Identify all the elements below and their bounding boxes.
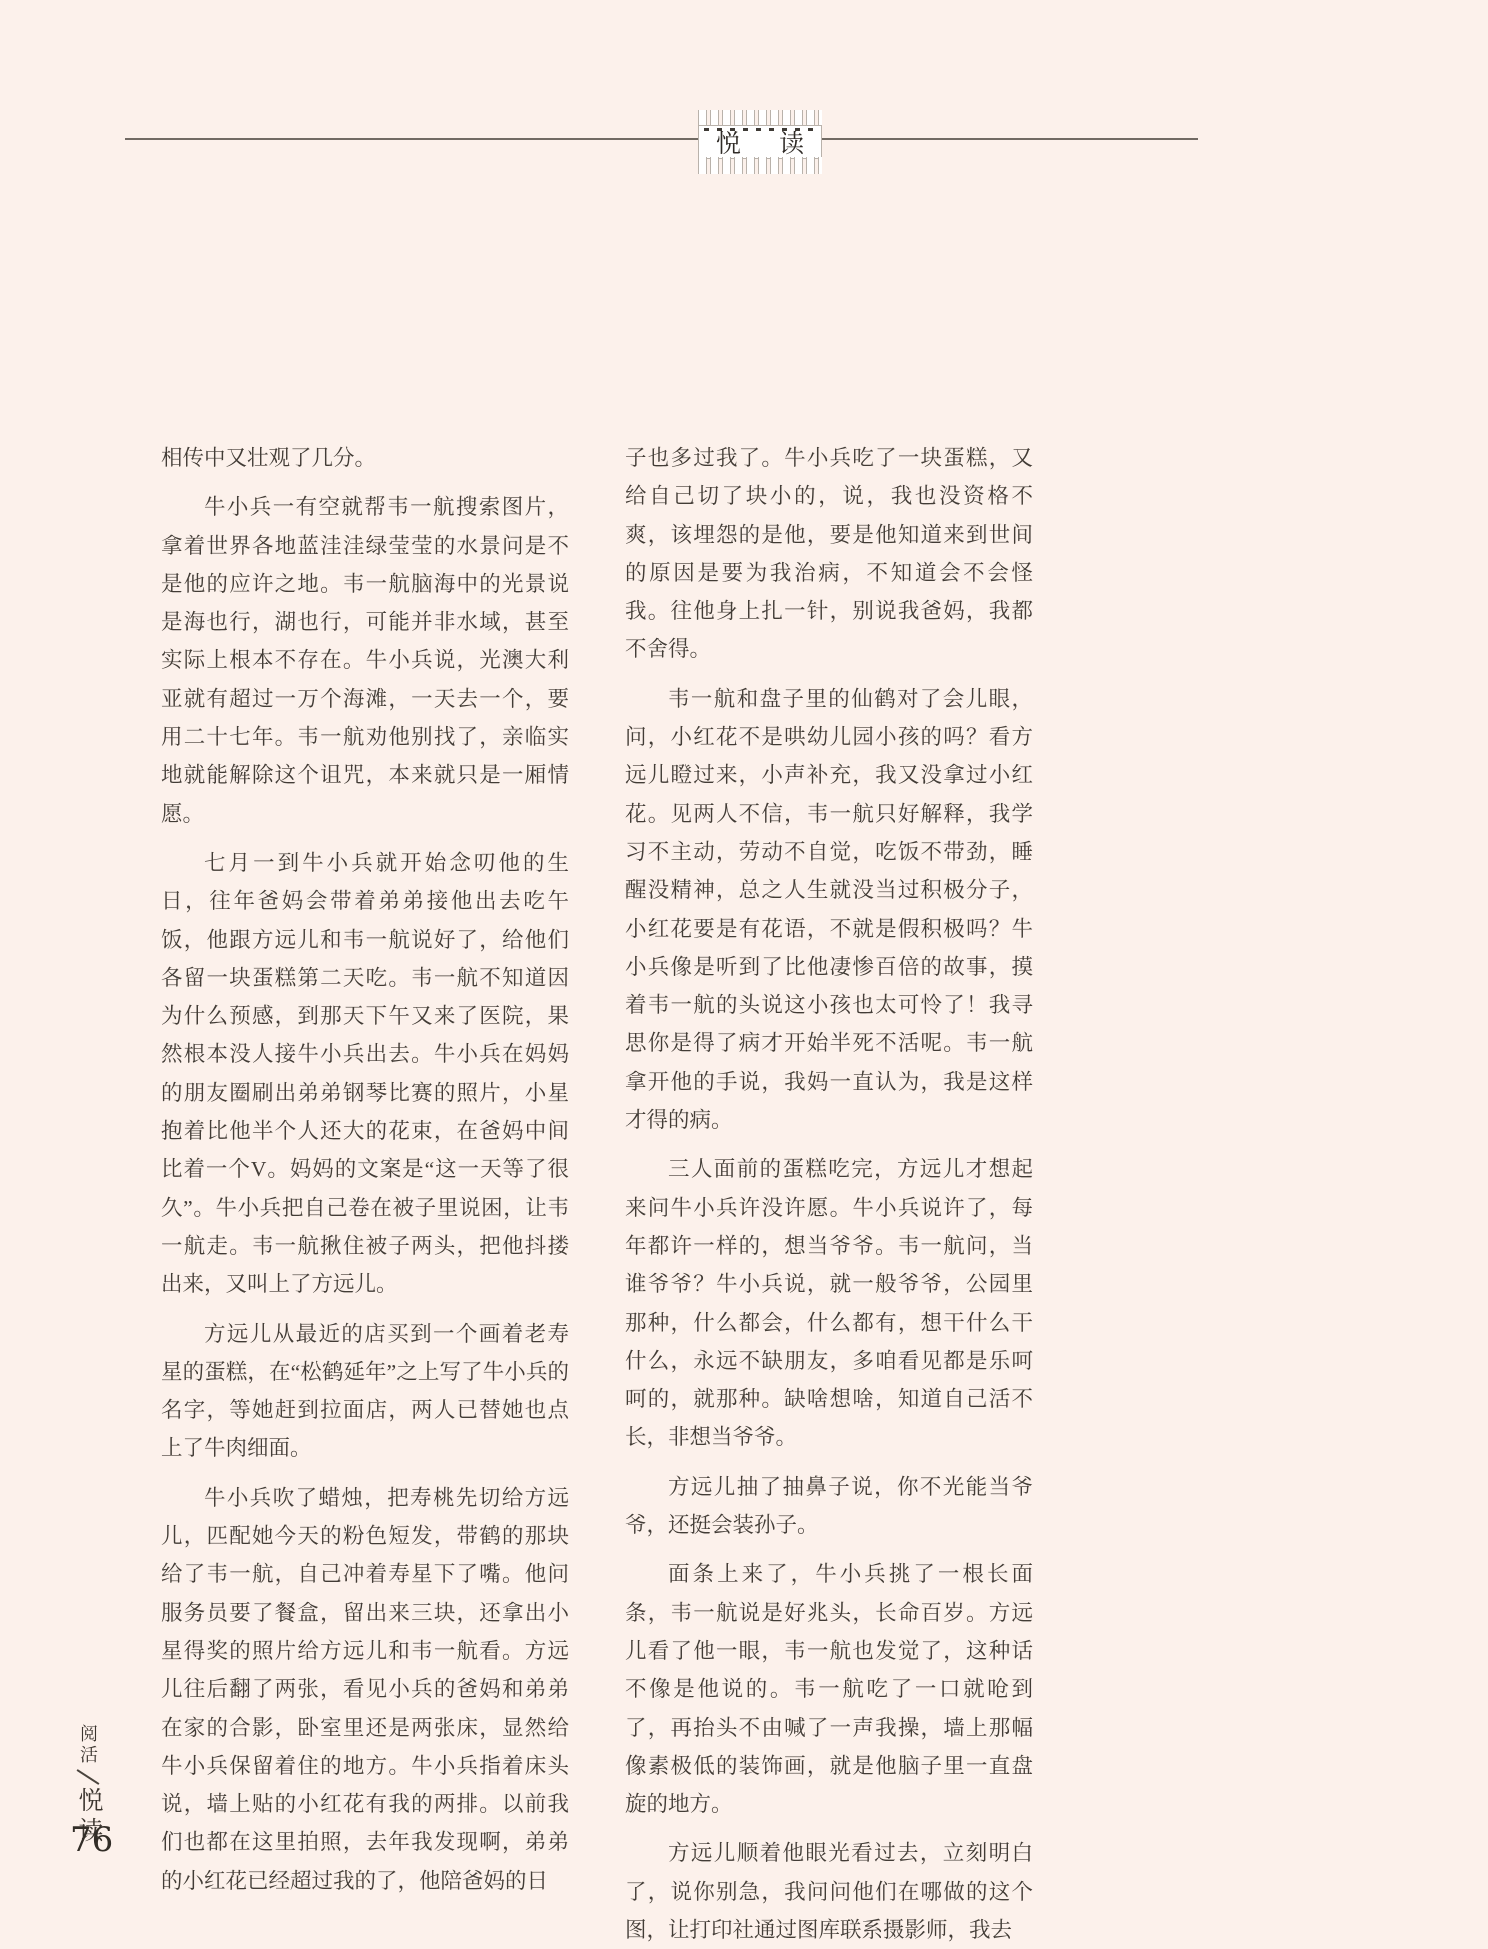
- stamp-perforation-bottom: [698, 157, 822, 174]
- paragraph: 方远儿从最近的店买到一个画着老寿星的蛋糕，在“松鹤延年”之上写了牛小兵的名字，等…: [161, 1315, 569, 1468]
- paragraph: 面条上来了，牛小兵挑了一根长面条，韦一航说是好兆头，长命百岁。方远儿看了他一眼，…: [625, 1555, 1033, 1823]
- section-stamp: 悦 读: [698, 110, 822, 174]
- paragraph: 牛小兵吹了蜡烛，把寿桃先切给方远儿，匹配她今天的粉色短发，带鹤的那块给了韦一航，…: [161, 1479, 569, 1900]
- slash-divider: [77, 1769, 100, 1785]
- paragraph: 韦一航和盘子里的仙鹤对了会儿眼，问，小红花不是哄幼儿园小孩的吗？看方远儿瞪过来，…: [625, 680, 1033, 1140]
- paragraph: 方远儿顺着他眼光看过去，立刻明白了，说你别急，我问问他们在哪做的这个图，让打印社…: [625, 1834, 1033, 1949]
- sidebar-label-top: 阅活: [75, 1724, 101, 1766]
- text-column-left: 相传中又壮观了几分。 牛小兵一有空就帮韦一航搜索图片，拿着世界各地蓝洼洼绿莹莹的…: [161, 439, 569, 1900]
- stamp-dash-row: [704, 128, 816, 131]
- paragraph: 子也多过我了。牛小兵吃了一块蛋糕，又给自己切了块小的，说，我也没资格不爽，该埋怨…: [625, 439, 1033, 669]
- text-column-right: 子也多过我了。牛小兵吃了一块蛋糕，又给自己切了块小的，说，我也没资格不爽，该埋怨…: [625, 439, 1033, 1949]
- paragraph: 三人面前的蛋糕吃完，方远儿才想起来问牛小兵许没许愿。牛小兵说许了，每年都许一样的…: [625, 1150, 1033, 1456]
- paragraph: 相传中又壮观了几分。: [161, 439, 569, 477]
- stamp-band: 悦 读: [698, 125, 822, 159]
- paragraph: 牛小兵一有空就帮韦一航搜索图片，拿着世界各地蓝洼洼绿莹莹的水景问是不是他的应许之…: [161, 488, 569, 833]
- paragraph: 方远儿抽了抽鼻子说，你不光能当爷爷，还挺会装孙子。: [625, 1468, 1033, 1545]
- page-number: 76: [70, 1820, 113, 1860]
- magazine-page: 悦 读 相传中又壮观了几分。 牛小兵一有空就帮韦一航搜索图片，拿着世界各地蓝洼洼…: [0, 0, 1488, 1949]
- header-rule: [125, 138, 1198, 140]
- paragraph: 七月一到牛小兵就开始念叨他的生日，往年爸妈会带着弟弟接他出去吃午饭，他跟方远儿和…: [161, 844, 569, 1304]
